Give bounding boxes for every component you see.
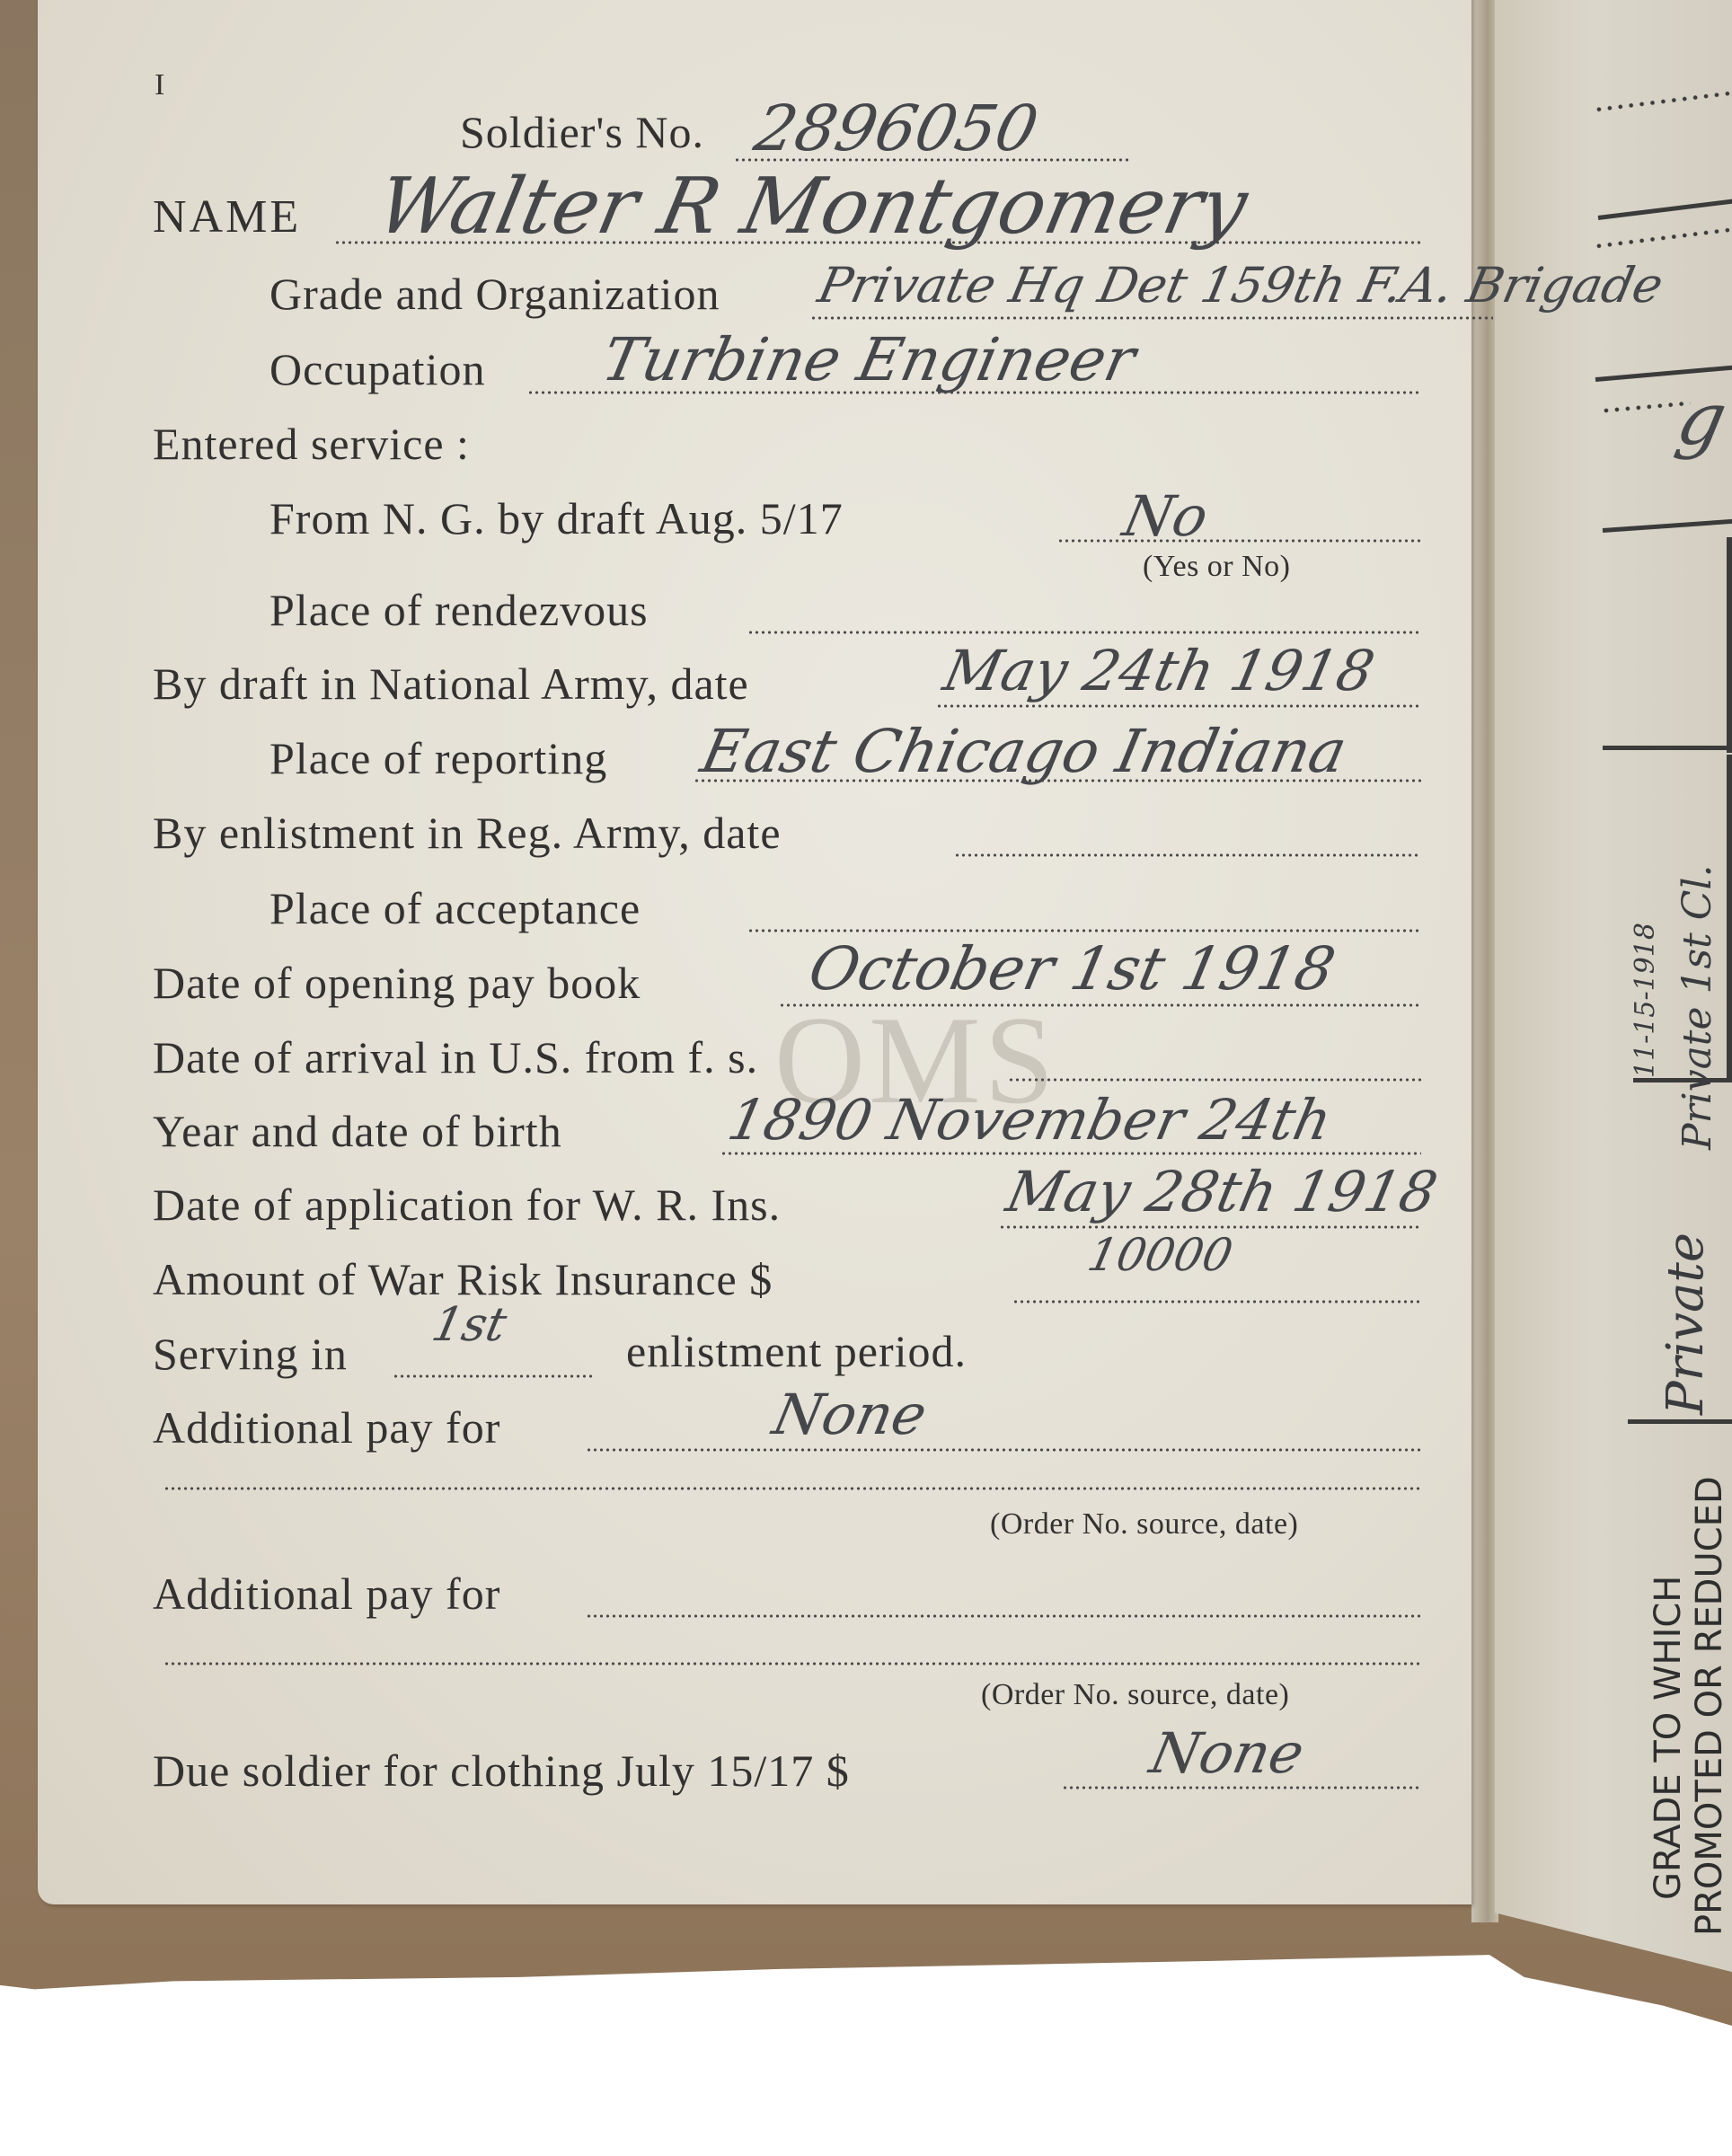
grade-org-value: Private Hq Det 159th F.A. Brigade: [813, 257, 1668, 314]
dotted-line: [1062, 1786, 1421, 1789]
soldier-no-label: Soldier's No.: [460, 106, 704, 158]
left-page: I OMS Soldier's No. 2896050 NAME Walter …: [38, 0, 1471, 1904]
dotted-line: [1594, 227, 1732, 249]
promoted-to-grade: Private 1st Cl.: [1675, 865, 1720, 1150]
occupation-label: Occupation: [270, 343, 485, 395]
grade-column-header: GRADE TO WHICH PROMOTED OR REDUCED: [1648, 1476, 1730, 1936]
page-marker: I: [155, 68, 165, 102]
clothing-label: Due soldier for clothing July 15/17 $: [153, 1745, 850, 1797]
enlistment-reg-army-label: By enlistment in Reg. Army, date: [153, 807, 782, 859]
rendezvous-field: [747, 631, 1421, 634]
column-divider: [1727, 755, 1732, 1078]
rule-line: [1628, 1419, 1732, 1424]
opening-pay-book-label: Date of opening pay book: [153, 957, 641, 1009]
order-hint-2: (Order No. source, date): [981, 1678, 1289, 1712]
dotted-line: [1012, 1300, 1421, 1303]
occupation-value: Turbine Engineer: [596, 325, 1142, 394]
additional-pay-2-label: Additional pay for: [153, 1568, 500, 1620]
dotted-line: [1057, 539, 1421, 543]
serving-in-label: Serving in: [153, 1328, 348, 1380]
draft-national-army-value: May 24th 1918: [938, 638, 1380, 703]
name-label: NAME: [153, 190, 301, 243]
clothing-value: None: [1144, 1720, 1310, 1786]
entered-service-heading: Entered service :: [153, 418, 470, 470]
place-acceptance-field: [747, 929, 1421, 932]
serving-in-value: 1st: [428, 1298, 511, 1352]
dotted-line: [393, 1374, 595, 1378]
from-ng-value: No: [1118, 483, 1214, 549]
rendezvous-label: Place of rendezvous: [270, 584, 649, 636]
arrival-us-label: Date of arrival in U.S. from f. s.: [153, 1031, 758, 1083]
birth-label: Year and date of birth: [153, 1105, 562, 1157]
name-value: Walter R Montgomery: [369, 162, 1255, 252]
wr-ins-date-value: May 28th 1918: [1001, 1159, 1443, 1224]
dotted-line: [779, 1003, 1421, 1007]
birth-value: 1890 November 24th: [722, 1087, 1338, 1153]
header-line-1: GRADE TO WHICH: [1648, 1476, 1689, 1936]
dotted-line: [1601, 401, 1691, 413]
rule-line: [1603, 519, 1732, 533]
soldier-no-value: 2896050: [748, 92, 1044, 165]
additional-pay-1-value: None: [767, 1382, 932, 1447]
additional-pay-1-label: Additional pay for: [153, 1401, 500, 1454]
place-reporting-value: East Chicago Indiana: [695, 717, 1353, 786]
rule-line: [1598, 199, 1732, 220]
dotted-line: [936, 704, 1421, 708]
rule-line: [1603, 746, 1732, 750]
order-hint-1: (Order No. source, date): [990, 1507, 1298, 1542]
place-acceptance-label: Place of acceptance: [270, 882, 641, 934]
promotion-date: 11-15-1918: [1630, 923, 1661, 1078]
enlistment-date-field: [954, 853, 1421, 857]
arrival-us-field: [1008, 1078, 1421, 1082]
from-ng-label: From N. G. by draft Aug. 5/17: [270, 492, 844, 544]
dotted-line: [1594, 91, 1732, 112]
opening-pay-book-value: October 1st 1918: [803, 934, 1341, 1003]
yes-or-no-hint: (Yes or No): [1143, 550, 1291, 584]
place-reporting-label: Place of reporting: [270, 732, 607, 784]
additional-pay-2-field: [586, 1614, 1421, 1618]
wr-ins-date-label: Date of application for W. R. Ins.: [153, 1179, 781, 1231]
order-line-2: [163, 1662, 1421, 1666]
grade-entry: Private: [1657, 1233, 1715, 1415]
dotted-line: [586, 1448, 1421, 1452]
column-divider: [1727, 537, 1732, 753]
order-line-1: [163, 1487, 1421, 1490]
handwritten-mark: g: [1670, 377, 1732, 461]
header-line-2: PROMOTED OR REDUCED: [1689, 1476, 1730, 1936]
wr-ins-amount-value: 10000: [1083, 1229, 1237, 1281]
draft-national-army-label: By draft in National Army, date: [153, 658, 749, 710]
enlistment-period-label: enlistment period.: [626, 1325, 967, 1377]
dotted-line: [810, 316, 1493, 320]
grade-org-label: Grade and Organization: [270, 268, 720, 320]
